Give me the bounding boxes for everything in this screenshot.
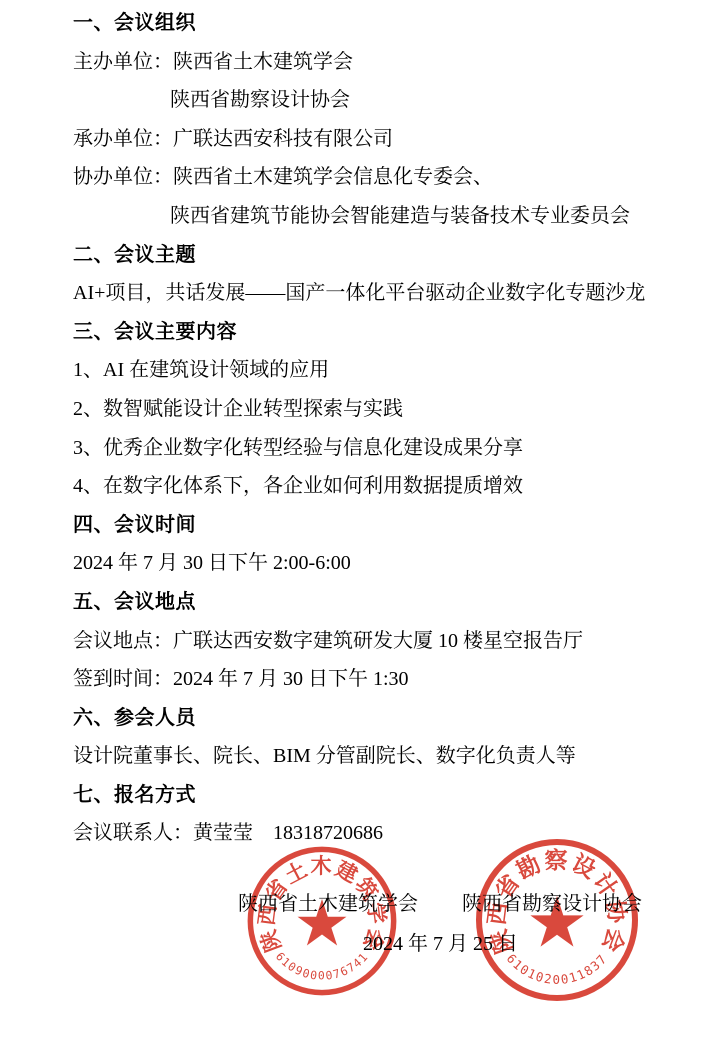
star-icon xyxy=(298,899,347,946)
svg-text:6101020011837: 6101020011837 xyxy=(504,951,611,987)
seal-code: 6101020011837 xyxy=(504,951,611,987)
official-seal-left: 陕西省土木建筑学会 6109000076741 xyxy=(243,842,401,1000)
doc-line: 陕西省建筑节能协会智能建造与装备技术专业委员会 xyxy=(73,197,680,236)
doc-line: 陕西省勘察设计协会 xyxy=(73,81,680,120)
doc-line: 签到时间：2024 年 7 月 30 日下午 1:30 xyxy=(73,660,680,699)
svg-text:6109000076741: 6109000076741 xyxy=(273,949,371,982)
section-heading: 四、会议时间 xyxy=(73,506,680,545)
meeting-notice-page: 一、会议组织 主办单位：陕西省土木建筑学会 陕西省勘察设计协会 承办单位：广联达… xyxy=(0,0,710,1057)
seal-code: 6109000076741 xyxy=(273,949,371,982)
section-heading: 二、会议主题 xyxy=(73,236,680,275)
doc-line: 3、优秀企业数字化转型经验与信息化建设成果分享 xyxy=(73,429,680,468)
section-heading: 三、会议主要内容 xyxy=(73,313,680,352)
section-heading: 六、参会人员 xyxy=(73,699,680,738)
seal-graphic: 陕西省土木建筑学会 6109000076741 xyxy=(243,842,401,1000)
doc-line: 2、数智赋能设计企业转型探索与实践 xyxy=(73,390,680,429)
official-seal-right: 陕西省勘察设计协会 6101020011837 xyxy=(471,834,643,1006)
section-heading: 七、报名方式 xyxy=(73,776,680,815)
doc-line: 设计院董事长、院长、BIM 分管副院长、数字化负责人等 xyxy=(73,737,680,776)
document-body: 一、会议组织 主办单位：陕西省土木建筑学会 陕西省勘察设计协会 承办单位：广联达… xyxy=(0,0,710,853)
doc-line: 协办单位：陕西省土木建筑学会信息化专委会、 xyxy=(73,158,680,197)
doc-line: AI+项目，共话发展——国产一体化平台驱动企业数字化专题沙龙 xyxy=(73,274,680,313)
doc-line: 1、AI 在建筑设计领域的应用 xyxy=(73,351,680,390)
star-icon xyxy=(530,896,583,947)
doc-line: 会议地点：广联达西安数字建筑研发大厦 10 楼星空报告厅 xyxy=(73,622,680,661)
doc-line: 4、在数字化体系下，各企业如何利用数据提质增效 xyxy=(73,467,680,506)
section-heading: 一、会议组织 xyxy=(73,4,680,43)
doc-line: 承办单位：广联达西安科技有限公司 xyxy=(73,120,680,159)
seal-graphic: 陕西省勘察设计协会 6101020011837 xyxy=(471,834,643,1006)
doc-line: 主办单位：陕西省土木建筑学会 xyxy=(73,43,680,82)
doc-line: 2024 年 7 月 30 日下午 2:00-6:00 xyxy=(73,544,680,583)
section-heading: 五、会议地点 xyxy=(73,583,680,622)
